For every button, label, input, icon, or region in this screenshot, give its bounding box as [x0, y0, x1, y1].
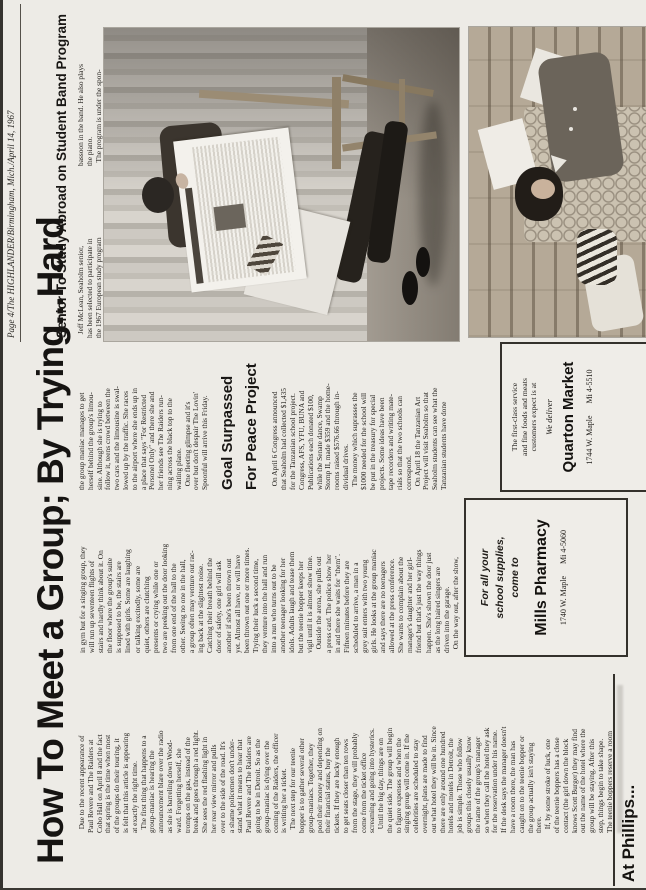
- photo-suited-figure: [468, 26, 646, 338]
- page-folio: Page 4/The HIGHLANDER/Birmingham, Mich./…: [6, 4, 16, 338]
- goal-headline-line-1: Goal Surpassed: [216, 342, 240, 490]
- mills-ad-intro-line-2: school supplies,: [493, 500, 508, 655]
- main-story-column-3: the group maniac manages to get herself …: [78, 342, 210, 490]
- quarton-ad-we-deliver: We deliver: [544, 344, 554, 490]
- quarton-ad-intro-line-2: and fine foods and meats: [520, 344, 530, 490]
- reader-shoe: [402, 271, 418, 305]
- mills-pharmacy-ad: For all your school supplies, come to Mi…: [464, 498, 628, 657]
- scan-edge-top: [0, 0, 3, 890]
- senior-article-headline: Senior To Study Abroad on Student Band P…: [54, 2, 69, 338]
- chair-seat: [332, 77, 341, 169]
- folio-rule: [20, 4, 21, 342]
- goal-article-body: On April 6 Congress announced that Seaho…: [271, 342, 449, 490]
- quarton-market-ad: The first-class service and fine foods a…: [500, 342, 646, 492]
- reader-shoe: [416, 247, 430, 277]
- newspaper-inner-photo: [213, 204, 246, 231]
- newspaper-page: Page 4/The HIGHLANDER/Birmingham, Mich./…: [0, 0, 646, 890]
- main-story-column-1: Due to the recent appearance of Paul Rev…: [78, 669, 615, 833]
- phillips-ad-headline: At Phillips...: [619, 662, 639, 882]
- striped-stuffed-animal: [577, 229, 617, 285]
- newspaper-front-page: [173, 127, 307, 292]
- rotated-newspaper-page: Page 4/The HIGHLANDER/Birmingham, Mich./…: [0, 0, 646, 890]
- quarton-ad-name: Quarton Market: [560, 344, 577, 490]
- quarton-ad-intro-line-3: customers expect is at: [529, 344, 539, 490]
- mills-ad-address: 1740 W. Maple Mi 4-5060: [559, 500, 568, 655]
- goal-headline-line-2: For Peace Project: [240, 342, 264, 490]
- phillips-ad-rule: [613, 674, 615, 886]
- jacket-button: [573, 107, 577, 111]
- figure-face: [531, 179, 555, 199]
- mills-ad-intro-line-3: come to: [508, 500, 523, 655]
- quarton-ad-address: 1744 W. Maple Mi 4-5510: [585, 344, 594, 490]
- photo-student-reading-newspapers: [103, 27, 460, 342]
- jacket-button: [569, 127, 573, 131]
- mills-ad-name: Mills Pharmacy: [533, 500, 551, 655]
- mills-ad-intro-line-1: For all your: [478, 500, 493, 655]
- main-story-column-2: in gym but for a singing group, they wil…: [78, 495, 460, 653]
- goal-article-headline: Goal Surpassed For Peace Project: [216, 342, 264, 490]
- screenshot-viewport: Page 4/The HIGHLANDER/Birmingham, Mich./…: [0, 0, 646, 890]
- reader-head: [142, 177, 174, 213]
- quarton-ad-intro-line-1: The first-class service: [510, 344, 520, 490]
